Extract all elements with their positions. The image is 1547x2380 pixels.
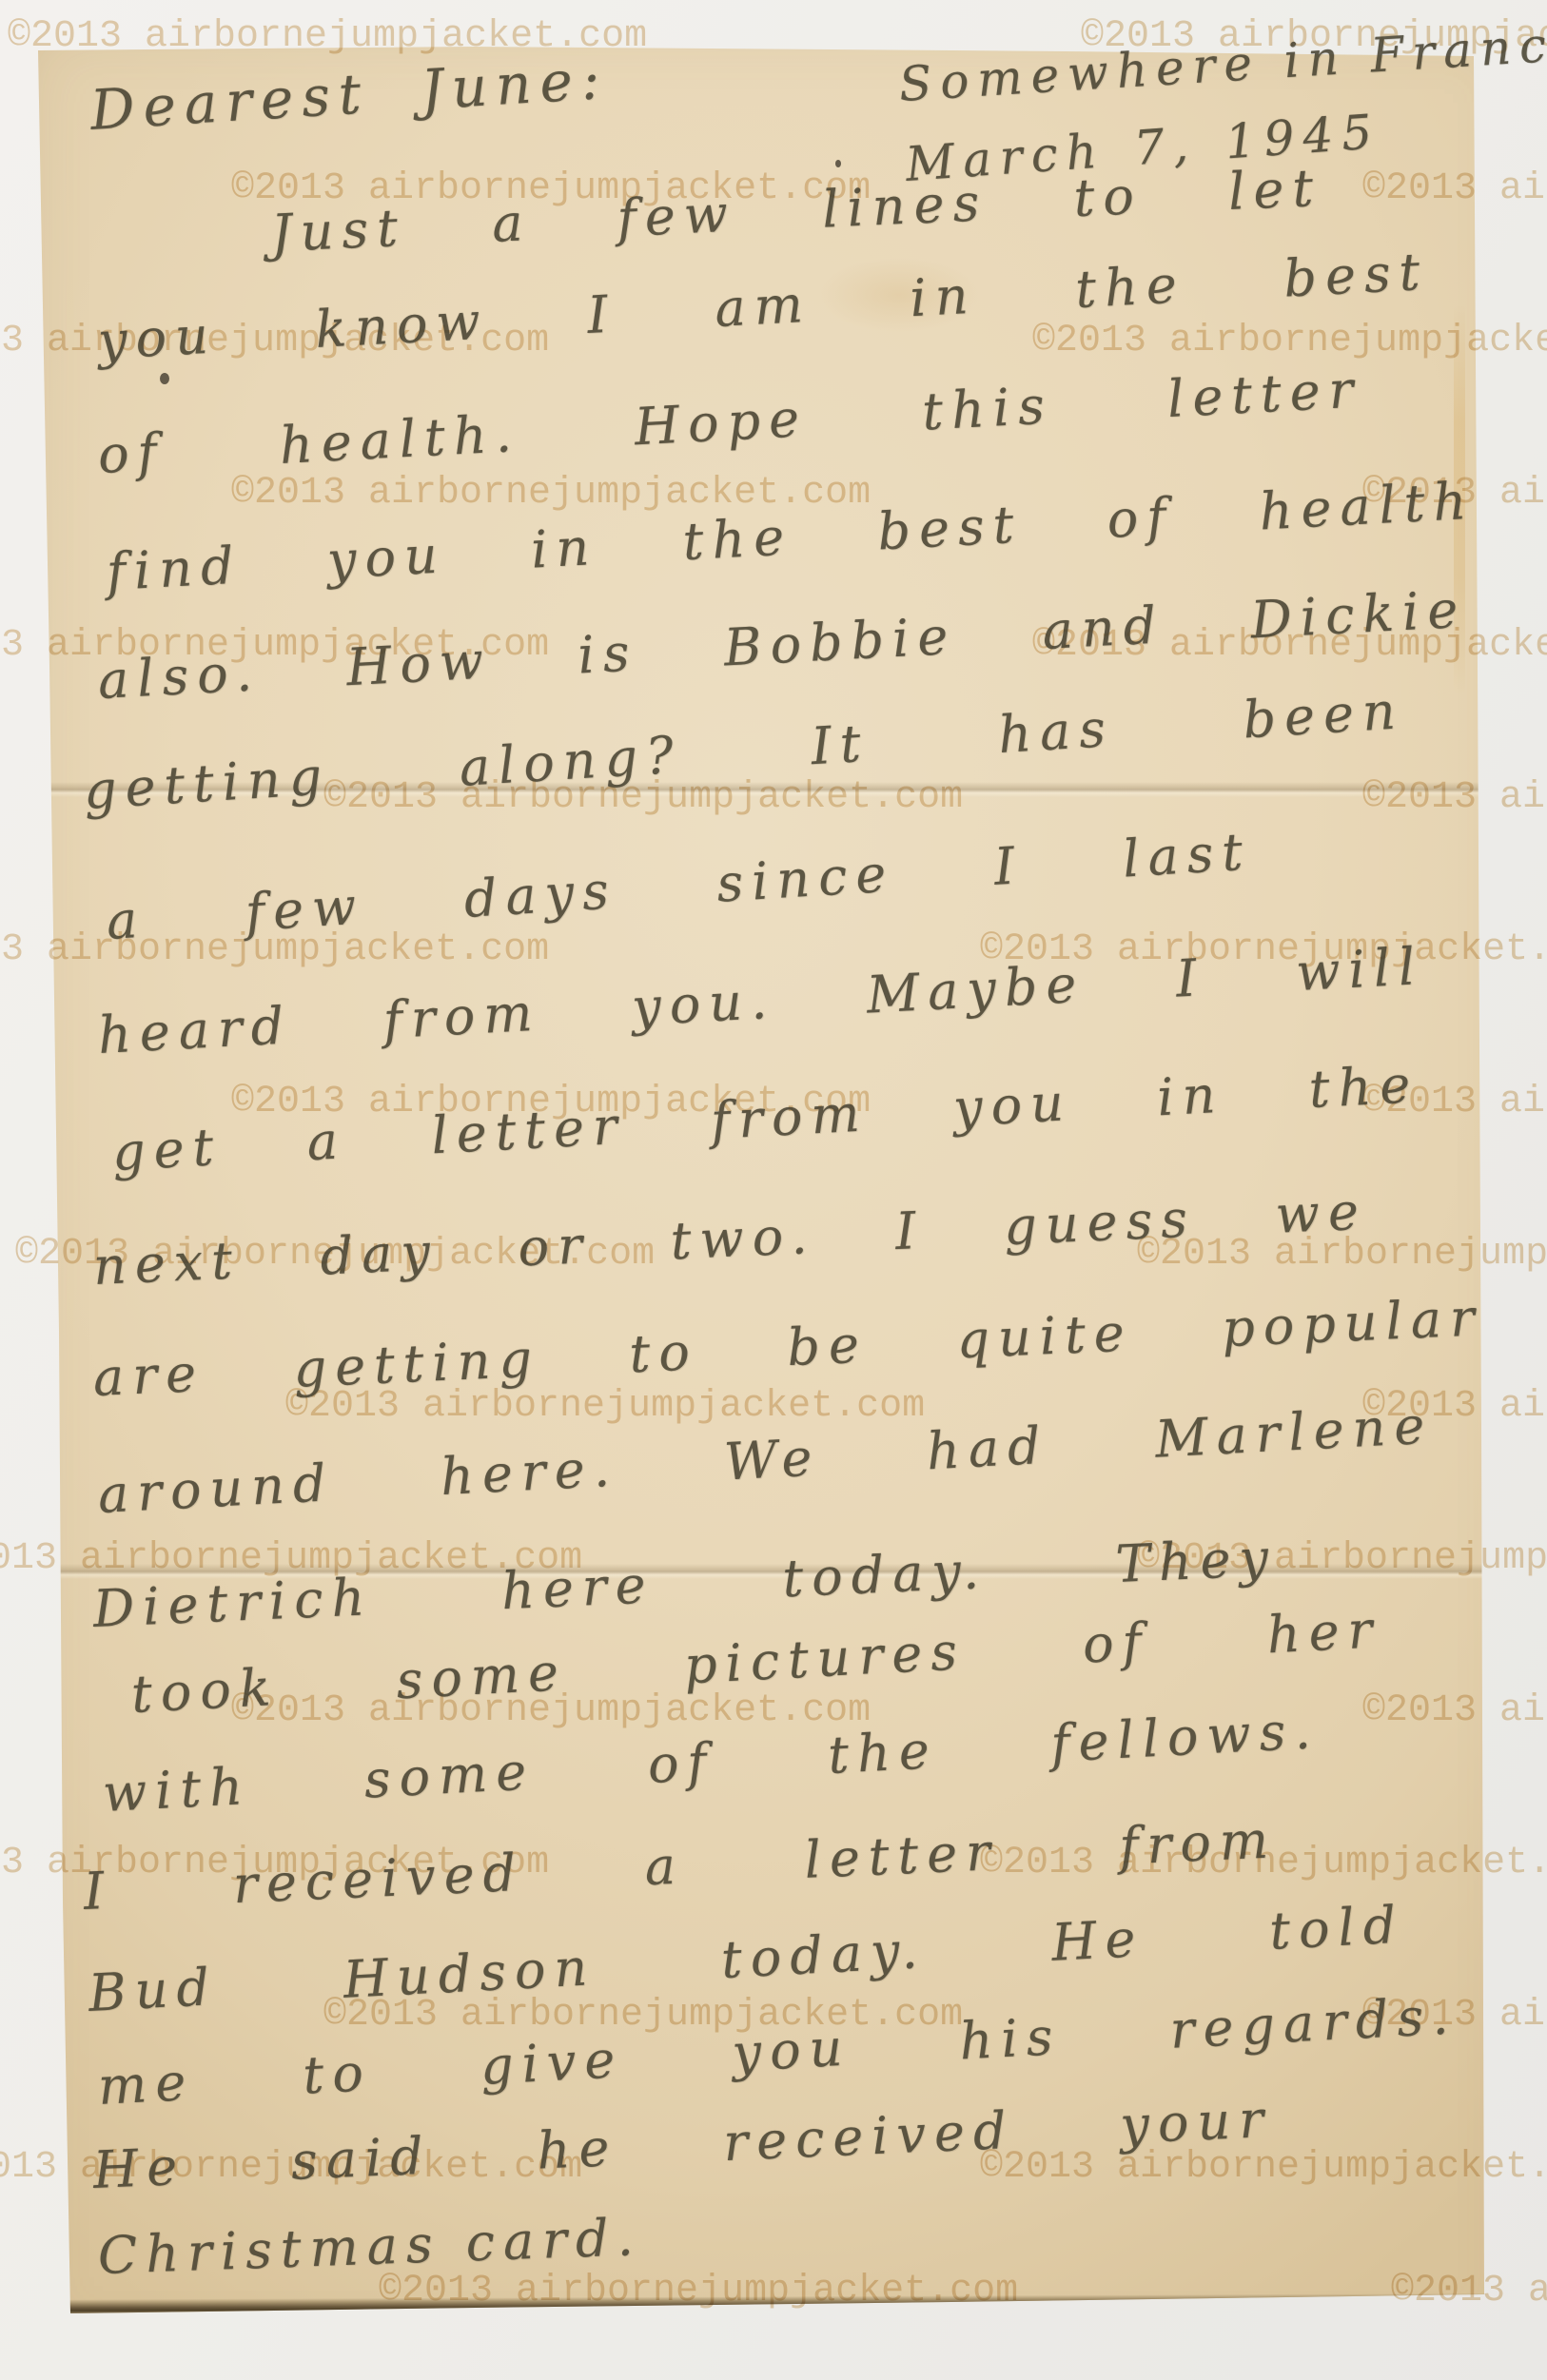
ink-speck — [835, 160, 841, 167]
scanned-letter-photo: ©2013 airbornejumpjacket.com©2013 airbor… — [0, 0, 1547, 2380]
stacked-page-bottom-edge — [63, 2293, 1486, 2315]
ink-speck — [160, 373, 169, 384]
